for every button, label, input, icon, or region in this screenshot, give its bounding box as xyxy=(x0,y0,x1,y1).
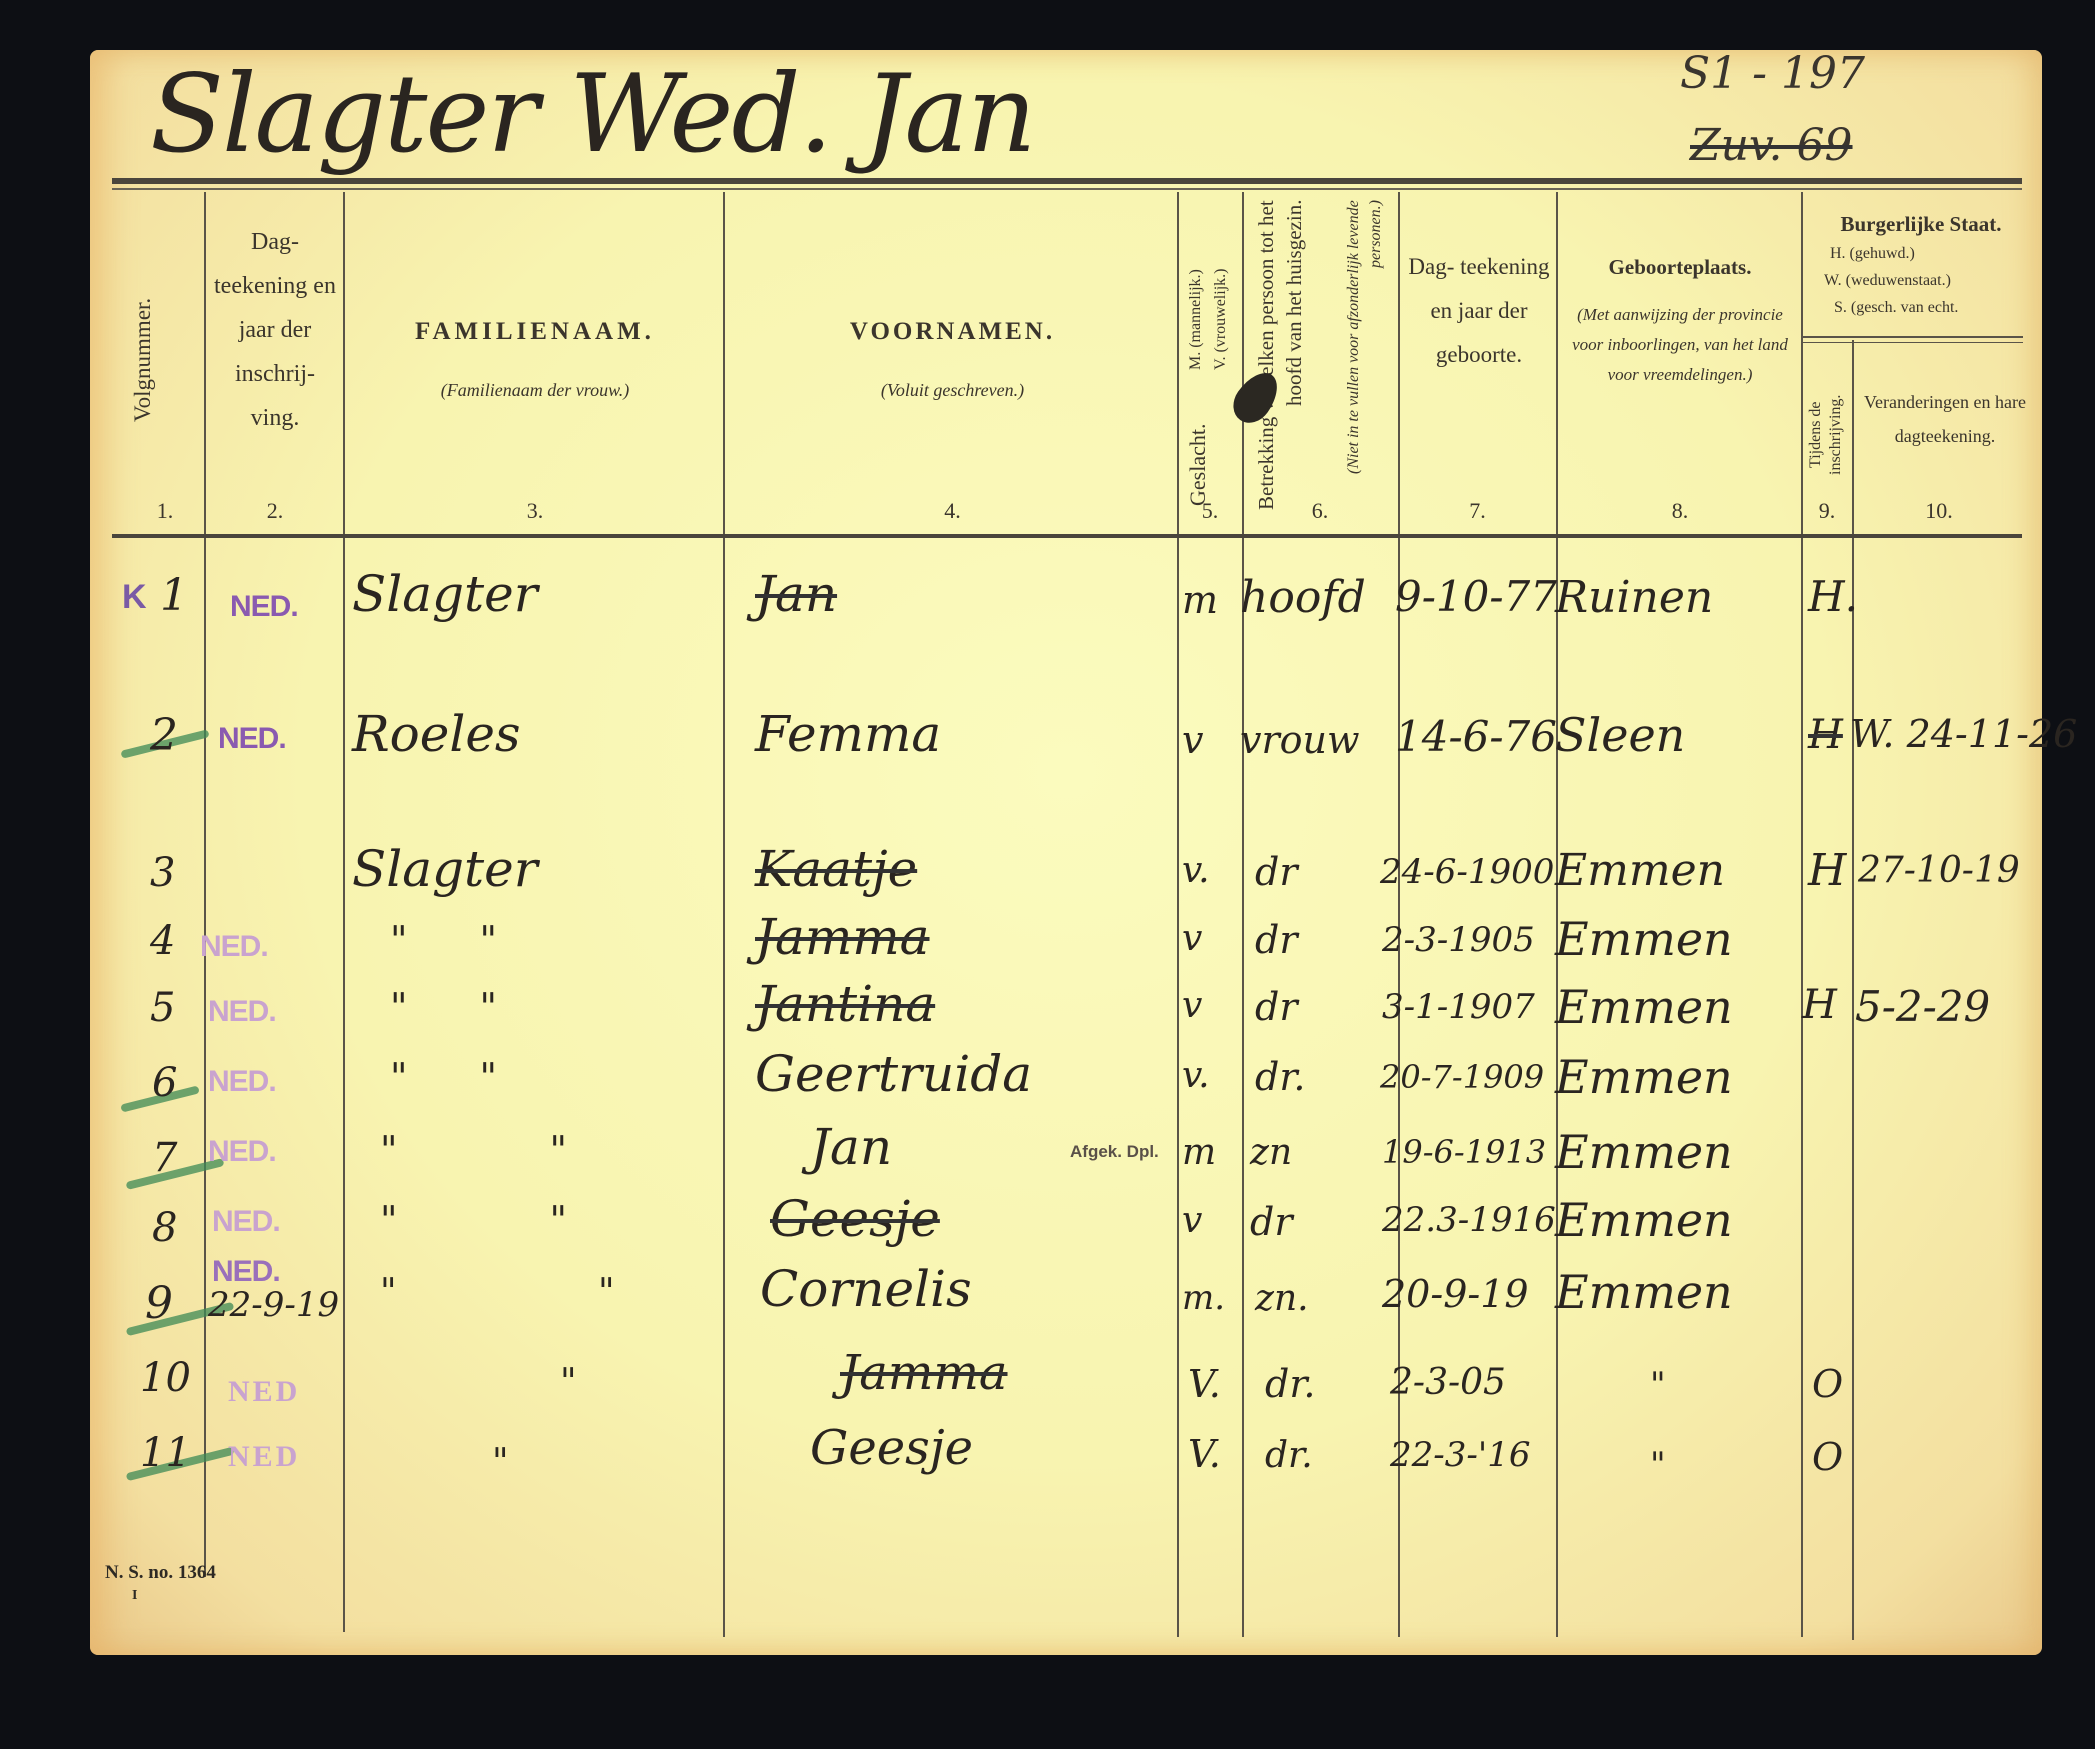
header-volgnummer: Volgnummer. xyxy=(130,260,170,460)
row-5-relation: dr xyxy=(1255,985,1298,1029)
row-5-birthdate: 3-1-1907 xyxy=(1382,987,1535,1027)
col-num-10: 10. xyxy=(1854,498,2024,524)
row-10-sex: V. xyxy=(1188,1362,1221,1406)
row-9-relation: zn. xyxy=(1255,1278,1309,1319)
row-7-birthdate: 19-6-1913 xyxy=(1382,1133,1546,1171)
bs-divider-thin xyxy=(1801,342,2023,343)
row-6-relation: dr. xyxy=(1255,1055,1305,1099)
row-1-num: 1 xyxy=(160,570,188,621)
row-8-relation: dr xyxy=(1250,1200,1293,1244)
row-11-relation: dr. xyxy=(1265,1435,1313,1476)
row-9-reg-date: 22-9-19 xyxy=(208,1285,339,1325)
col-divider xyxy=(723,192,725,1637)
row-11-sex: V. xyxy=(1188,1432,1221,1476)
header-geslacht: Geslacht. xyxy=(1185,380,1211,550)
row-2-stamp: NED. xyxy=(218,722,286,756)
row-2-status: H xyxy=(1808,712,1843,758)
row-3-changes: 27-10-19 xyxy=(1858,850,2020,891)
col-num-1: 1. xyxy=(130,498,200,524)
row-8-stamp: NED. xyxy=(212,1205,280,1239)
bs-h: H. (gehuwd.) xyxy=(1830,245,2040,263)
row-1-relation: hoofd xyxy=(1240,572,1366,623)
row-4-relation: dr xyxy=(1255,918,1298,962)
row-10-status: O xyxy=(1812,1362,1843,1406)
row-3-relation: dr xyxy=(1255,850,1298,894)
row-6-birthplace: Emmen xyxy=(1555,1050,1733,1104)
bs-s: S. (gesch. van echt. xyxy=(1834,299,2044,317)
row-10-relation: dr. xyxy=(1265,1362,1315,1406)
col-num-8: 8. xyxy=(1560,498,1800,524)
row-10-birthplace: " xyxy=(1650,1365,1666,1405)
header-voornamen-sub: (Voluit geschreven.) xyxy=(730,380,1175,401)
header-bottom-rule xyxy=(112,534,2022,538)
row-5-sex: v xyxy=(1182,985,1202,1026)
header-veranderingen: Veranderingen en hare dagteekening. xyxy=(1860,385,2030,453)
row-1-surname: Slagter xyxy=(352,565,538,623)
header-geslacht-v: V. (vrouwelijk.) xyxy=(1212,200,1234,370)
row-5-surname: " " xyxy=(390,985,527,1029)
row-11-surname: " xyxy=(492,1442,509,1483)
row-1-prefix: K xyxy=(122,578,146,617)
row-10-given: Jamma xyxy=(840,1345,1008,1401)
card-title: Slagter Wed. Jan xyxy=(150,52,1034,177)
row-6-birthdate: 20-7-1909 xyxy=(1380,1058,1544,1096)
row-2-surname: Roeles xyxy=(352,705,521,763)
row-11-status: O xyxy=(1812,1435,1843,1479)
col-num-9: 9. xyxy=(1802,498,1852,524)
row-2-given: Femma xyxy=(755,705,941,763)
row-1-given: Jan xyxy=(755,565,837,623)
row-6-sex: v. xyxy=(1182,1055,1210,1096)
row-7-given: Jan xyxy=(810,1118,892,1176)
row-1-birthplace: Ruinen xyxy=(1555,572,1713,623)
row-2-birthplace: Sleen xyxy=(1555,708,1685,762)
row-9-given: Cornelis xyxy=(760,1260,972,1318)
row-5-changes: 5-2-29 xyxy=(1855,982,1990,1031)
row-4-given: Jamma xyxy=(755,908,930,966)
col-num-7: 7. xyxy=(1400,498,1555,524)
bs-w: W. (weduwenstaat.) xyxy=(1824,272,2044,290)
header-betrekking: Betrekking van elken persoon tot het hoo… xyxy=(1252,200,1342,520)
row-4-surname: " " xyxy=(390,918,527,962)
header-top-rule-thin xyxy=(112,188,2022,190)
header-top-rule xyxy=(112,178,2022,184)
row-7-relation: zn xyxy=(1250,1132,1292,1173)
row-11-stamp: NED xyxy=(228,1440,300,1474)
row-11-given: Geesje xyxy=(810,1420,973,1476)
row-5-stamp: NED. xyxy=(208,995,276,1029)
row-2-sex: v xyxy=(1182,718,1203,762)
col-divider xyxy=(1801,192,1803,1637)
form-sub: I xyxy=(132,1588,137,1604)
row-6-num: 6 xyxy=(152,1060,177,1106)
row-2-changes: W. 24-11-26 xyxy=(1850,712,2077,756)
row-4-birthdate: 2-3-1905 xyxy=(1382,920,1535,960)
reference-struck: Zuv. 69 xyxy=(1690,120,1853,171)
row-9-sex: m. xyxy=(1182,1278,1225,1318)
col-num-2: 2. xyxy=(210,498,340,524)
row-9-surname: " " xyxy=(380,1272,710,1313)
row-2-birthdate: 14-6-76 xyxy=(1395,712,1557,761)
row-9-num: 9 xyxy=(145,1278,173,1329)
row-2-relation: vrouw xyxy=(1240,718,1360,762)
row-10-birthdate: 2-3-05 xyxy=(1390,1362,1506,1403)
row-3-sex: v. xyxy=(1182,850,1210,891)
row-10-stamp: NED xyxy=(228,1375,300,1409)
col-divider xyxy=(343,192,345,1632)
col-num-6: 6. xyxy=(1245,498,1395,524)
header-dagteekening-geboorte: Dag- teekening en jaar der geboorte. xyxy=(1405,245,1553,377)
row-4-num: 4 xyxy=(150,918,175,964)
row-11-birthdate: 22-3-'16 xyxy=(1390,1435,1530,1475)
col-num-3: 3. xyxy=(350,498,720,524)
row-7-sex: m xyxy=(1182,1132,1216,1173)
header-geboorteplaats: Geboorteplaats. xyxy=(1562,255,1798,280)
row-7-note-stamp: Afgek. Dpl. xyxy=(1070,1142,1159,1162)
row-9-birthplace: Emmen xyxy=(1555,1265,1733,1319)
row-5-birthplace: Emmen xyxy=(1555,980,1733,1034)
col-num-4: 4. xyxy=(730,498,1175,524)
header-betrekking-sub: (Niet in te vullen voor afzonderlijk lev… xyxy=(1343,200,1393,530)
col-num-5: 5. xyxy=(1180,498,1240,524)
row-1-sex: m xyxy=(1182,578,1218,622)
row-3-birthplace: Emmen xyxy=(1555,845,1725,896)
header-tijdens-inschrijving: Tijdens de inschrijving. xyxy=(1806,360,1848,510)
row-3-surname: Slagter xyxy=(352,840,538,898)
row-8-given: Geesje xyxy=(770,1190,940,1248)
row-5-num: 5 xyxy=(150,985,175,1031)
col-divider xyxy=(1398,192,1400,1637)
row-4-birthplace: Emmen xyxy=(1555,912,1733,966)
form-number: N. S. no. 1364 xyxy=(105,1562,216,1584)
bs-divider xyxy=(1801,336,2023,338)
header-geslacht-m: M. (mannelijk.) xyxy=(1187,200,1209,370)
row-6-given: Geertruida xyxy=(755,1045,1032,1103)
row-3-status: H xyxy=(1808,845,1846,896)
header-geboorteplaats-sub: (Met aanwijzing der provincie voor inboo… xyxy=(1570,300,1790,390)
row-1-stamp: NED. xyxy=(230,590,298,624)
row-6-stamp: NED. xyxy=(208,1065,276,1099)
row-3-given: Kaatje xyxy=(755,840,917,898)
row-1-birthdate: 9-10-77 xyxy=(1395,572,1557,621)
row-11-num: 11 xyxy=(140,1430,191,1476)
row-6-surname: " " xyxy=(390,1055,527,1099)
header-voornamen: VOORNAMEN. xyxy=(730,318,1175,346)
row-4-sex: v xyxy=(1182,918,1202,959)
row-8-birthplace: Emmen xyxy=(1555,1193,1733,1247)
col-divider xyxy=(204,192,206,1577)
row-7-num: 7 xyxy=(152,1135,177,1181)
row-10-surname: " xyxy=(560,1362,577,1403)
row-1-status: H. xyxy=(1808,572,1858,621)
row-5-status: H xyxy=(1802,982,1837,1028)
row-7-surname: " " xyxy=(380,1128,637,1172)
row-11-birthplace: " xyxy=(1650,1445,1666,1485)
row-3-num: 3 xyxy=(150,850,175,896)
row-8-surname: " " xyxy=(380,1198,637,1242)
row-3-birthdate: 24-6-1900 xyxy=(1380,852,1554,892)
registration-card: Slagter Wed. Jan S1 - 197 Zuv. 69 Volgnu… xyxy=(90,50,2042,1655)
header-dagteekening-inschrijving: Dag- teekening en jaar der inschrij- vin… xyxy=(210,220,340,440)
row-9-stamp: NED. xyxy=(212,1255,280,1289)
row-4-stamp: NED. xyxy=(200,930,268,964)
col-divider xyxy=(1177,192,1179,1637)
row-8-birthdate: 22.3-1916 xyxy=(1382,1200,1556,1240)
row-7-stamp: NED. xyxy=(208,1135,276,1169)
row-7-birthplace: Emmen xyxy=(1555,1125,1733,1179)
row-5-given: Jantina xyxy=(755,975,935,1033)
header-familienaam: FAMILIENAAM. xyxy=(350,318,720,346)
row-8-num: 8 xyxy=(152,1205,177,1251)
row-8-sex: v xyxy=(1182,1200,1202,1241)
row-9-birthdate: 20-9-19 xyxy=(1382,1272,1529,1316)
header-burgerlijke-staat: Burgerlijke Staat. xyxy=(1806,212,2036,237)
row-2-num: 2 xyxy=(150,710,178,761)
header-familienaam-sub: (Familienaam der vrouw.) xyxy=(350,380,720,401)
row-10-num: 10 xyxy=(140,1355,191,1401)
reference-number: S1 - 197 xyxy=(1680,48,1865,99)
